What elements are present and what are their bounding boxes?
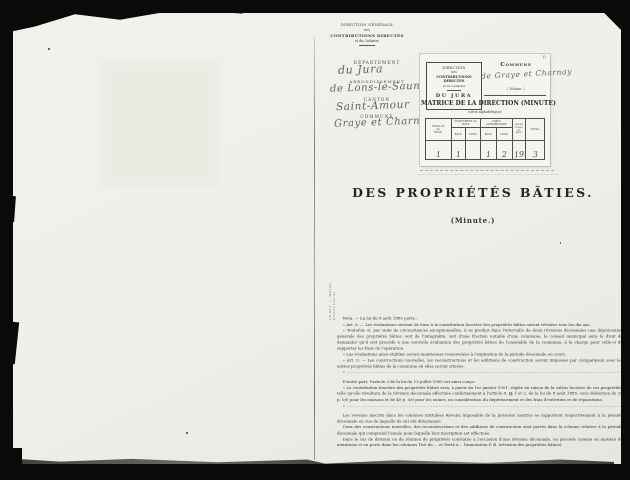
nota-legal-text-block: Nota. — La loi du 8 août 1885 porte : « … — [337, 316, 623, 448]
summary-table: FEUILLE du RÔLE SUPPLÉMENT AU RÔLE RÔLE.… — [425, 118, 545, 160]
subcol-cotis-header: COTIS. — [497, 128, 512, 140]
scan-artifact-line — [418, 174, 558, 175]
table-value-handwritten: 1 — [435, 150, 441, 160]
matrice-label-card: p. DIRECTION DES CONTRIBUTIONS DIRECTES … — [420, 54, 550, 166]
card-rule — [484, 95, 546, 96]
col-feuille-header: FEUILLE du RÔLE — [426, 119, 452, 140]
stamp-line: CONTRIBUTIONS DIRECTES — [328, 33, 406, 38]
direction-box-rule — [447, 90, 461, 91]
card-commune-value-handwritten: de Graye et Charnay — [481, 68, 549, 81]
table-value-handwritten: 2 — [501, 150, 507, 160]
nota-paragraph: Ceux des constructions nouvelles, des re… — [337, 425, 623, 437]
page-edge-notch — [9, 448, 22, 464]
col-ordre-header: ORDRE CLASS. DU RÔLE — [513, 119, 527, 140]
subcol-role-header: RÔLE. — [481, 128, 497, 140]
col-supplement-group: SUPPLÉMENT AU RÔLE RÔLE. COTIS. — [452, 119, 482, 140]
scan-speck — [560, 242, 561, 244]
direction-box-line: DU JURA — [427, 93, 481, 99]
col-table-alpha-header: TABLE ALPHABÉTIQUE — [481, 119, 511, 128]
stamp-line: DIRECTION GÉNÉRALE — [328, 23, 406, 27]
table-value-handwritten: 1 — [485, 150, 491, 160]
table-value-handwritten: 19 — [513, 150, 524, 161]
summary-table-header: FEUILLE du RÔLE SUPPLÉMENT AU RÔLE RÔLE.… — [426, 119, 544, 141]
card-commune-label: Commune — [486, 62, 546, 68]
page-title: DES PROPRIÉTÉS BÂTIES. — [340, 185, 606, 200]
page-spine-fold — [314, 38, 315, 460]
table-value-handwritten: 1 — [455, 150, 461, 160]
col-total-header: TOTAL. — [526, 119, 544, 140]
direction-box-line: CONTRIBUTIONS DIRECTES — [427, 75, 481, 83]
subcol-cotis-header: COTIS. — [466, 128, 480, 140]
scan-speck — [186, 432, 188, 434]
direction-box-line: DIRECTION — [427, 66, 481, 70]
table-value-handwritten: 3 — [532, 150, 538, 160]
nota-paragraph: « Toutefois si, par suite de circonstanc… — [337, 328, 623, 352]
nota-dotted-line: « ......................................… — [337, 370, 623, 376]
pencil-corner-mark: p. — [543, 55, 547, 60]
page-subtitle: (Minute.) — [340, 216, 606, 225]
stamp-line: DES — [328, 28, 406, 32]
stamp-rule — [359, 45, 375, 46]
scan-artifact-line — [420, 170, 554, 171]
stamp-line: et du Cadastre — [328, 39, 406, 43]
left-page-showthrough — [100, 60, 220, 186]
col-supplement-header: SUPPLÉMENT AU RÔLE — [452, 119, 481, 128]
nota-paragraph: « La contribution foncière des propriété… — [337, 385, 623, 403]
nota-dotted-line: « ......................................… — [337, 403, 623, 409]
scanner-border-right — [621, 0, 630, 480]
card-volume-label: ( Volume. ) — [486, 87, 546, 91]
subcol-role-header: RÔLE. — [452, 128, 467, 140]
scanned-register-cover: DIRECTION GÉNÉRALE DES CONTRIBUTIONS DIR… — [0, 0, 630, 480]
scan-speck — [48, 48, 50, 50]
scanner-border-bottom — [0, 464, 630, 480]
nota-paragraph: « Art. 9. — Les constructions nouvelles,… — [337, 358, 623, 370]
administration-stamp: DIRECTION GÉNÉRALE DES CONTRIBUTIONS DIR… — [328, 23, 406, 46]
scanner-border-left — [0, 0, 13, 480]
direction-box-line: et du Cadastre — [427, 84, 481, 88]
col-table-alpha-group: TABLE ALPHABÉTIQUE RÔLE. COTIS. — [481, 119, 512, 140]
card-title: MATRICE DE LA DIRECTION (MINUTE) — [421, 100, 549, 107]
printer-imprint-vertical: 10.031. — Mâcon, Protat frères. — [328, 268, 336, 320]
nota-paragraph: Dans le cas de division ou de réunion de… — [337, 437, 623, 449]
card-subtitle: (série alphabétique) — [422, 110, 548, 114]
canton-value-handwritten: Saint-Amour — [336, 99, 410, 114]
direction-box-line: DES — [427, 71, 481, 74]
department-value-handwritten: du Jura — [338, 62, 384, 77]
summary-table-values-row: 1 1 1 2 19 3 — [426, 141, 544, 160]
nota-paragraph: Les revenus inscrits dans les colonnes i… — [337, 413, 623, 425]
